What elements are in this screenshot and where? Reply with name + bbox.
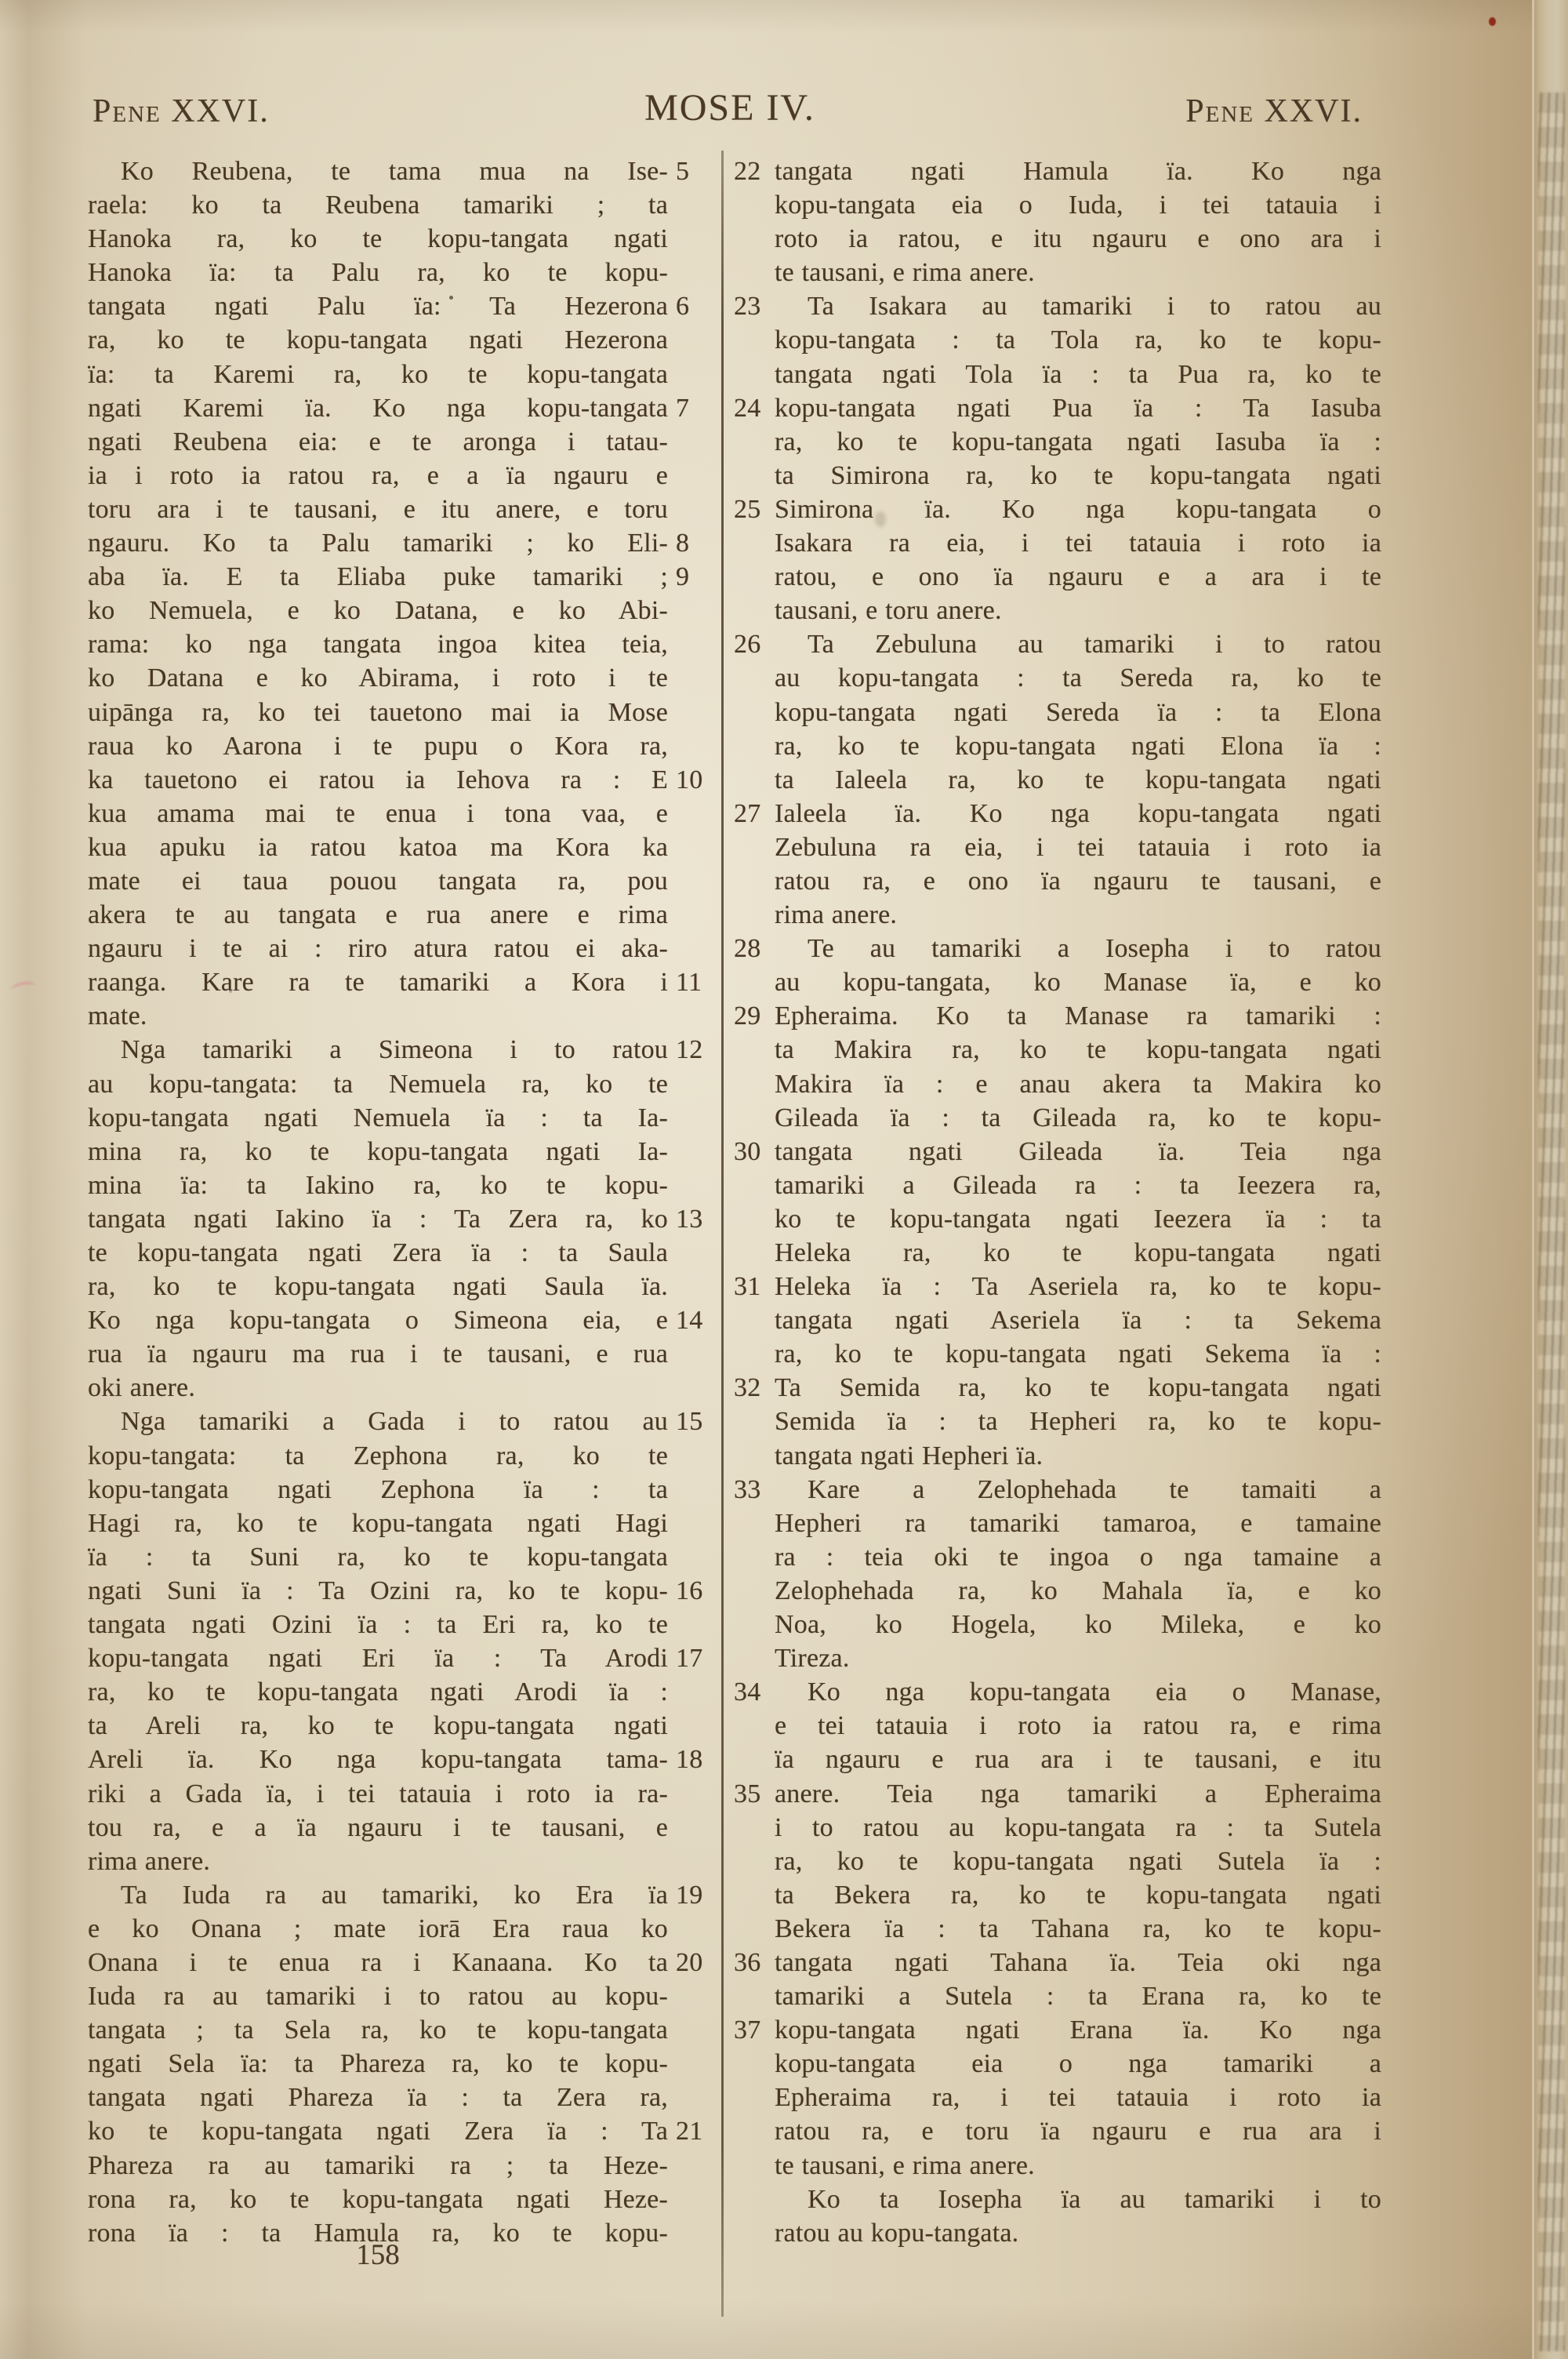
- text-line: mina ra, ko te kopu-tangata ngati Ia-: [88, 1135, 668, 1169]
- line-text: ïa ngauru e rua ara i te tausani, e itu: [775, 1745, 1381, 1774]
- line-text: Areli ïa. Ko nga kopu-tangata tama-: [88, 1745, 668, 1774]
- text-line: kopu-tangata: ta Zephona ra, ko te: [88, 1439, 668, 1473]
- column-divider-rule: [721, 151, 724, 2317]
- text-line: e tei tatauia i roto ia ratou ra, e rima: [775, 1709, 1381, 1743]
- text-line: Ta Zebuluna au tamariki i to ratou26: [775, 627, 1381, 661]
- line-text: roto ia ratou, e itu ngauru e ono ara i: [775, 224, 1381, 253]
- text-line: Simirona ïa. Ko nga kopu-tangata o25: [775, 493, 1381, 526]
- verse-number: 25: [734, 493, 768, 526]
- paper-smudge: [875, 511, 886, 527]
- line-text: ka tauetono ei ratou ia Iehova ra : E: [88, 765, 668, 794]
- line-text: kopu-tangata ngati Zephona ïa : ta: [88, 1475, 668, 1504]
- text-line: ra, ko te kopu-tangata ngati Arodi ïa :: [88, 1675, 668, 1709]
- line-text: kopu-tangata ngati Pua ïa : Ta Iasuba: [775, 394, 1381, 423]
- text-line: tangata ngati Hamula ïa. Ko nga22: [775, 154, 1381, 188]
- line-text: Epheraima. Ko ta Manase ra tamariki :: [775, 1001, 1381, 1030]
- text-line: ra, ko te kopu-tangata ngati Hezerona: [88, 323, 668, 357]
- text-line: te tausani, e rima anere.: [775, 256, 1381, 289]
- text-line: roto ia ratou, e itu ngauru e ono ara i: [775, 222, 1381, 256]
- line-text: rona ra, ko te kopu-tangata ngati Heze-: [88, 2185, 668, 2214]
- text-line: tangata ngati Iakino ïa : Ta Zera ra, ko…: [88, 1202, 668, 1236]
- page-number: 158: [88, 2238, 668, 2272]
- line-text: ta Areli ra, ko te kopu-tangata ngati: [88, 1711, 668, 1740]
- text-line: ratou ra, e toru ïa ngauru e rua ara i: [775, 2114, 1381, 2148]
- text-line: Nga tamariki a Gada i to ratou au15: [88, 1405, 668, 1438]
- text-line: Noa, ko Hogela, ko Mileka, e ko: [775, 1608, 1381, 1641]
- line-text: rua ïa ngauru ma rua i te tausani, e rua: [88, 1339, 668, 1369]
- verse-number: 29: [734, 999, 768, 1033]
- line-text: ngati Karemi ïa. Ko nga kopu-tangata: [88, 394, 668, 423]
- verse-number: 14: [676, 1303, 720, 1337]
- line-text: ngati Suni ïa : Ta Ozini ra, ko te kopu-: [88, 1576, 668, 1605]
- verse-number: 15: [676, 1405, 720, 1438]
- text-line: te tausani, e rima anere.: [775, 2149, 1381, 2183]
- verse-number: 28: [734, 932, 768, 965]
- text-line: Bekera ïa : ta Tahana ra, ko te kopu-: [775, 1912, 1381, 1946]
- line-text: Ko Reubena, te tama mua na Ise-: [121, 157, 668, 186]
- line-text: ko Datana e ko Abirama, i roto i te: [88, 663, 668, 692]
- line-text: ko te kopu-tangata ngati Ieezera ïa : ta: [775, 1205, 1381, 1234]
- text-line: kopu-tangata ngati Erana ïa. Ko nga37: [775, 2013, 1381, 2047]
- text-line: ngauru i te ai : riro atura ratou ei aka…: [88, 932, 668, 965]
- text-line: Te au tamariki a Iosepha i to ratou28: [775, 932, 1381, 965]
- verse-number: 23: [734, 289, 768, 323]
- verse-number: 6: [676, 289, 720, 323]
- verse-number: 24: [734, 391, 768, 425]
- line-text: mate.: [88, 1001, 147, 1030]
- text-line: tangata ngati Phareza ïa : ta Zera ra,: [88, 2081, 668, 2114]
- line-text: oki anere.: [88, 1373, 195, 1402]
- text-line: ngati Suni ïa : Ta Ozini ra, ko te kopu-…: [88, 1574, 668, 1608]
- line-text: au kopu-tangata: ta Nemuela ra, ko te: [88, 1070, 668, 1099]
- line-text: au kopu-tangata : ta Sereda ra, ko te: [775, 663, 1381, 692]
- text-line: ta Bekera ra, ko te kopu-tangata ngati: [775, 1878, 1381, 1912]
- text-line: ra, ko te kopu-tangata ngati Saula ïa.: [88, 1270, 668, 1303]
- text-line: ra : teia oki te ingoa o nga tamaine a: [775, 1540, 1381, 1574]
- text-line: kopu-tangata : ta Tola ra, ko te kopu-: [775, 323, 1381, 357]
- text-line: i to ratou au kopu-tangata ra : ta Sutel…: [775, 1811, 1381, 1845]
- scripture-column-left: Ko Reubena, te tama mua na Ise-5raela: k…: [88, 154, 668, 2250]
- line-text: ngati Sela ïa: ta Phareza ra, ko te kopu…: [88, 2049, 668, 2078]
- text-line: ratou, e ono ïa ngauru e a ara i te: [775, 560, 1381, 594]
- line-text: tangata ngati Hepheri ïa.: [775, 1441, 1043, 1470]
- line-text: ïa : ta Suni ra, ko te kopu-tangata: [88, 1543, 668, 1572]
- line-text: e tei tatauia i roto ia ratou ra, e rima: [775, 1711, 1381, 1740]
- red-ink-dot: [1489, 17, 1496, 26]
- line-text: aba ïa. E ta Eliaba puke tamariki ;: [88, 562, 668, 591]
- text-line: Hanoka ïa: ta Palu ra, ko te kopu-: [88, 256, 668, 289]
- text-line: tangata ngati Hepheri ïa.: [775, 1439, 1381, 1473]
- text-line: rima anere.: [88, 1845, 668, 1878]
- text-line: ïa: ta Karemi ra, ko te kopu-tangata: [88, 358, 668, 391]
- line-text: ta Bekera ra, ko te kopu-tangata ngati: [775, 1881, 1381, 1910]
- text-line: tamariki a Sutela : ta Erana ra, ko te: [775, 1979, 1381, 2013]
- line-text: ra, ko te kopu-tangata ngati Sutela ïa :: [775, 1847, 1381, 1876]
- text-line: Areli ïa. Ko nga kopu-tangata tama-18: [88, 1743, 668, 1776]
- line-text: Epheraima ra, i tei tatauia i roto ia: [775, 2083, 1381, 2112]
- text-line: Iuda ra au tamariki i to ratou au kopu-: [88, 1979, 668, 2013]
- line-text: kopu-tangata : ta Tola ra, ko te kopu-: [775, 325, 1381, 354]
- verse-number: 11: [676, 965, 720, 999]
- line-text: te tausani, e rima anere.: [775, 258, 1035, 287]
- line-text: ia i roto ia ratou ra, e a ïa ngauru e: [88, 461, 668, 490]
- line-text: Isakara ra eia, i tei tatauia i roto ia: [775, 529, 1381, 558]
- text-line: ko Nemuela, e ko Datana, e ko Abi-: [88, 594, 668, 627]
- line-text: Hanoka ra, ko te kopu-tangata ngati: [88, 224, 668, 253]
- text-line: ratou au kopu-tangata.: [775, 2216, 1381, 2250]
- verse-number: 12: [676, 1033, 720, 1067]
- text-line: kopu-tangata ngati Eri ïa : Ta Arodi17: [88, 1641, 668, 1675]
- text-line: tangata ngati Palu ïa: Ta Hezerona6: [88, 289, 668, 323]
- line-text: Nga tamariki a Gada i to ratou au: [121, 1407, 668, 1436]
- verse-number: 18: [676, 1743, 720, 1776]
- line-text: Heleka ra, ko te kopu-tangata ngati: [775, 1238, 1381, 1267]
- line-text: kua amama mai te enua i tona vaa, e: [88, 799, 668, 828]
- line-text: tangata ngati Palu ïa: Ta Hezerona: [88, 292, 668, 321]
- text-line: ka tauetono ei ratou ia Iehova ra : E10: [88, 763, 668, 797]
- text-line: Ta Semida ra, ko te kopu-tangata ngati32: [775, 1371, 1381, 1405]
- line-text: Ta Isakara au tamariki i to ratou au: [808, 292, 1381, 321]
- verse-number: 33: [734, 1473, 768, 1507]
- line-text: Phareza ra au tamariki ra ; ta Heze-: [88, 2151, 668, 2180]
- text-line: tou ra, e a ïa ngauru i te tausani, e: [88, 1811, 668, 1845]
- line-text: tangata ngati Phareza ïa : ta Zera ra,: [88, 2083, 668, 2112]
- verse-number: 31: [734, 1270, 768, 1303]
- verse-number: 34: [734, 1675, 768, 1709]
- scanned-book-page: Pene XXVI. MOSE IV. Pene XXVI. Ko Reuben…: [0, 0, 1568, 2359]
- verse-number: 19: [676, 1878, 720, 1912]
- line-text: ngauru i te ai : riro atura ratou ei aka…: [88, 934, 668, 963]
- text-line: uipānga ra, ko tei tauetono mai ia Mose: [88, 696, 668, 729]
- line-text: rama: ko nga tangata ingoa kitea teia,: [88, 630, 668, 659]
- line-text: ko te kopu-tangata ngati Zera ïa : Ta: [88, 2117, 668, 2146]
- line-text: kopu-tangata ngati Erana ïa. Ko nga: [775, 2016, 1381, 2045]
- line-text: anere. Teia nga tamariki a Epheraima: [775, 1779, 1381, 1808]
- text-line: kopu-tangata ngati Pua ïa : Ta Iasuba24: [775, 391, 1381, 425]
- line-text: Gileada ïa : ta Gileada ra, ko te kopu-: [775, 1103, 1381, 1132]
- text-line: Heleka ïa : Ta Aseriela ra, ko te kopu-3…: [775, 1270, 1381, 1303]
- line-text: Ko ta Iosepha ïa au tamariki i to: [808, 2185, 1381, 2214]
- line-text: tangata ngati Hamula ïa. Ko nga: [775, 157, 1381, 186]
- verse-number: 32: [734, 1371, 768, 1405]
- line-text: ratou au kopu-tangata.: [775, 2219, 1018, 2248]
- verse-number: 9: [676, 560, 720, 594]
- text-line: Zebuluna ra eia, i tei tatauia i roto ia: [775, 831, 1381, 864]
- line-text: riki a Gada ïa, i tei tatauia i roto ia …: [88, 1779, 668, 1808]
- text-line: Kare a Zelophehada te tamaiti a33: [775, 1473, 1381, 1507]
- text-line: te kopu-tangata ngati Zera ïa : ta Saula: [88, 1236, 668, 1270]
- text-line: ïa : ta Suni ra, ko te kopu-tangata: [88, 1540, 668, 1574]
- line-text: Zebuluna ra eia, i tei tatauia i roto ia: [775, 833, 1381, 862]
- line-text: kopu-tangata: ta Zephona ra, ko te: [88, 1441, 668, 1470]
- text-line: e ko Onana ; mate iorā Era raua ko: [88, 1912, 668, 1946]
- line-text: kopu-tangata ngati Nemuela ïa : ta Ia-: [88, 1103, 668, 1132]
- verse-number: 21: [676, 2114, 720, 2148]
- book-fore-edge: [1532, 0, 1568, 2359]
- text-line: Ta Iuda ra au tamariki, ko Era ïa19: [88, 1878, 668, 1912]
- scripture-column-right: tangata ngati Hamula ïa. Ko nga22kopu-ta…: [775, 154, 1381, 2250]
- line-text: ra, ko te kopu-tangata ngati Hezerona: [88, 325, 668, 354]
- line-text: Iuda ra au tamariki i to ratou au kopu-: [88, 1982, 668, 2011]
- text-line: tangata ; ta Sela ra, ko te kopu-tangata: [88, 2013, 668, 2047]
- text-line: Ta Isakara au tamariki i to ratou au23: [775, 289, 1381, 323]
- adjacent-page-print-fragments: [1538, 93, 1565, 2351]
- line-text: Nga tamariki a Simeona i to ratou: [121, 1035, 668, 1064]
- text-line: Hepheri ra tamariki tamaroa, e tamaine: [775, 1507, 1381, 1540]
- pink-pencil-mark: [10, 980, 37, 996]
- text-line: au kopu-tangata: ta Nemuela ra, ko te: [88, 1067, 668, 1101]
- line-text: Ko nga kopu-tangata o Simeona eia, e: [88, 1306, 668, 1335]
- text-line: Hanoka ra, ko te kopu-tangata ngati: [88, 222, 668, 256]
- text-line: Tireza.: [775, 1641, 1381, 1675]
- text-line: Ko Reubena, te tama mua na Ise-5: [88, 154, 668, 188]
- text-line: ra, ko te kopu-tangata ngati Elona ïa :: [775, 729, 1381, 763]
- line-text: Makira ïa : e anau akera ta Makira ko: [775, 1070, 1381, 1099]
- line-text: raanga. Kare ra te tamariki a Kora i: [88, 968, 668, 997]
- line-text: tamariki a Gileada ra : ta Ieezera ra,: [775, 1171, 1381, 1200]
- text-line: Ko ta Iosepha ïa au tamariki i to: [775, 2183, 1381, 2216]
- line-text: tangata ngati Gileada ïa. Teia nga: [775, 1137, 1381, 1166]
- text-line: ngati Reubena eia: e te aronga i tatau-: [88, 425, 668, 459]
- line-text: tausani, e toru anere.: [775, 596, 1002, 625]
- line-text: raua ko Aarona i te pupu o Kora ra,: [88, 732, 668, 761]
- verse-number: 8: [676, 526, 720, 560]
- text-line: raua ko Aarona i te pupu o Kora ra,: [88, 729, 668, 763]
- text-line: mate.: [88, 999, 668, 1033]
- text-line: au kopu-tangata, ko Manase ïa, e ko: [775, 965, 1381, 999]
- line-text: te tausani, e rima anere.: [775, 2151, 1035, 2180]
- line-text: i to ratou au kopu-tangata ra : ta Sutel…: [775, 1813, 1381, 1842]
- line-text: tamariki a Sutela : ta Erana ra, ko te: [775, 1982, 1381, 2011]
- line-text: Hanoka ïa: ta Palu ra, ko te kopu-: [88, 258, 668, 287]
- text-line: ko te kopu-tangata ngati Ieezera ïa : ta: [775, 1202, 1381, 1236]
- text-line: raanga. Kare ra te tamariki a Kora i11: [88, 965, 668, 999]
- text-line: Gileada ïa : ta Gileada ra, ko te kopu-: [775, 1101, 1381, 1135]
- text-line: Ialeela ïa. Ko nga kopu-tangata ngati27: [775, 797, 1381, 831]
- page-edge-highlight: [1532, 0, 1534, 2359]
- line-text: Ta Zebuluna au tamariki i to ratou: [808, 630, 1381, 659]
- text-line: Makira ïa : e anau akera ta Makira ko: [775, 1067, 1381, 1101]
- verse-number: 7: [676, 391, 720, 425]
- line-text: Heleka ïa : Ta Aseriela ra, ko te kopu-: [775, 1272, 1381, 1301]
- line-text: Te au tamariki a Iosepha i to ratou: [808, 934, 1381, 963]
- line-text: tangata ngati Tola ïa : ta Pua ra, ko te: [775, 360, 1381, 389]
- line-text: tou ra, e a ïa ngauru i te tausani, e: [88, 1813, 668, 1842]
- text-line: toru ara i te tausani, e itu anere, e to…: [88, 493, 668, 526]
- text-line: Isakara ra eia, i tei tatauia i roto ia: [775, 526, 1381, 560]
- text-line: ta Makira ra, ko te kopu-tangata ngati: [775, 1033, 1381, 1067]
- verse-number: 36: [734, 1946, 768, 1979]
- text-line: ïa ngauru e rua ara i te tausani, e itu: [775, 1743, 1381, 1776]
- verse-number: 10: [676, 763, 720, 797]
- line-text: ta Simirona ra, ko te kopu-tangata ngati: [775, 461, 1381, 490]
- text-line: anere. Teia nga tamariki a Epheraima35: [775, 1777, 1381, 1811]
- text-line: tamariki a Gileada ra : ta Ieezera ra,: [775, 1169, 1381, 1202]
- running-head-chapter-right: Pene XXVI.: [1185, 93, 1363, 130]
- line-text: ta Ialeela ra, ko te kopu-tangata ngati: [775, 765, 1381, 794]
- text-line: kopu-tangata ngati Sereda ïa : ta Elona: [775, 696, 1381, 729]
- text-line: kua amama mai te enua i tona vaa, e: [88, 797, 668, 831]
- verse-number: 27: [734, 797, 768, 831]
- text-line: Hagi ra, ko te kopu-tangata ngati Hagi: [88, 1507, 668, 1540]
- line-text: ra, ko te kopu-tangata ngati Elona ïa :: [775, 732, 1381, 761]
- text-line: oki anere.: [88, 1371, 668, 1405]
- line-text: mina ïa: ta Iakino ra, ko te kopu-: [88, 1171, 668, 1200]
- text-line: tangata ngati Tahana ïa. Teia oki nga36: [775, 1946, 1381, 1979]
- line-text: Simirona ïa. Ko nga kopu-tangata o: [775, 495, 1381, 524]
- line-text: Kare a Zelophehada te tamaiti a: [808, 1475, 1381, 1504]
- line-text: kopu-tangata eia o nga tamariki a: [775, 2049, 1381, 2078]
- text-line: ra, ko te kopu-tangata ngati Sutela ïa :: [775, 1845, 1381, 1878]
- line-text: ratou ra, e ono ïa ngauru te tausani, e: [775, 867, 1381, 896]
- text-line: Epheraima ra, i tei tatauia i roto ia: [775, 2081, 1381, 2114]
- verse-number: 37: [734, 2013, 768, 2047]
- line-text: Tireza.: [775, 1644, 850, 1673]
- text-line: ra, ko te kopu-tangata ngati Iasuba ïa :: [775, 425, 1381, 459]
- text-line: Zelophehada ra, ko Mahala ïa, e ko: [775, 1574, 1381, 1608]
- text-line: kopu-tangata ngati Nemuela ïa : ta Ia-: [88, 1101, 668, 1135]
- text-line: mina ïa: ta Iakino ra, ko te kopu-: [88, 1169, 668, 1202]
- line-text: toru ara i te tausani, e itu anere, e to…: [88, 495, 668, 524]
- verse-number: 13: [676, 1202, 720, 1236]
- line-text: Ta Semida ra, ko te kopu-tangata ngati: [775, 1373, 1381, 1402]
- line-text: ratou, e ono ïa ngauru e a ara i te: [775, 562, 1381, 591]
- line-text: mina ra, ko te kopu-tangata ngati Ia-: [88, 1137, 668, 1166]
- line-text: kopu-tangata ngati Sereda ïa : ta Elona: [775, 698, 1381, 727]
- text-line: mate ei taua pouou tangata ra, pou: [88, 864, 668, 898]
- line-text: ra, ko te kopu-tangata ngati Saula ïa.: [88, 1272, 668, 1301]
- line-text: kua apuku ia ratou katoa ma Kora ka: [88, 833, 668, 862]
- line-text: tangata ngati Aseriela ïa : ta Sekema: [775, 1306, 1381, 1335]
- text-line: ngauru. Ko ta Palu tamariki ; ko Eli-8: [88, 526, 668, 560]
- text-line: ta Ialeela ra, ko te kopu-tangata ngati: [775, 763, 1381, 797]
- text-line: Nga tamariki a Simeona i to ratou12: [88, 1033, 668, 1067]
- line-text: Ta Iuda ra au tamariki, ko Era ïa: [121, 1881, 668, 1910]
- line-text: uipānga ra, ko tei tauetono mai ia Mose: [88, 698, 668, 727]
- text-line: Ko nga kopu-tangata eia o Manase,34: [775, 1675, 1381, 1709]
- text-line: ratou ra, e ono ïa ngauru te tausani, e: [775, 864, 1381, 898]
- text-line: au kopu-tangata : ta Sereda ra, ko te: [775, 661, 1381, 695]
- text-line: tangata ngati Gileada ïa. Teia nga30: [775, 1135, 1381, 1169]
- text-line: Semida ïa : ta Hepheri ra, ko te kopu-: [775, 1405, 1381, 1438]
- line-text: raela: ko ta Reubena tamariki ; ta: [88, 191, 668, 220]
- line-text: rima anere.: [775, 900, 897, 929]
- paper-speck: [449, 296, 453, 300]
- text-line: ko Datana e ko Abirama, i roto i te: [88, 661, 668, 695]
- line-text: Zelophehada ra, ko Mahala ïa, e ko: [775, 1576, 1381, 1605]
- line-text: ta Makira ra, ko te kopu-tangata ngati: [775, 1035, 1381, 1064]
- line-text: Noa, ko Hogela, ko Mileka, e ko: [775, 1610, 1381, 1639]
- line-text: kopu-tangata ngati Eri ïa : Ta Arodi: [88, 1644, 668, 1673]
- line-text: tangata ; ta Sela ra, ko te kopu-tangata: [88, 2016, 668, 2045]
- line-text: mate ei taua pouou tangata ra, pou: [88, 867, 668, 896]
- text-line: Onana i te enua ra i Kanaana. Ko ta20: [88, 1946, 668, 1979]
- text-line: rua ïa ngauru ma rua i te tausani, e rua: [88, 1337, 668, 1371]
- text-line: ta Simirona ra, ko te kopu-tangata ngati: [775, 459, 1381, 493]
- text-line: kopu-tangata eia o Iuda, i tei tatauia i: [775, 188, 1381, 222]
- line-text: ïa: ta Karemi ra, ko te kopu-tangata: [88, 360, 668, 389]
- line-text: tangata ngati Tahana ïa. Teia oki nga: [775, 1948, 1381, 1977]
- text-line: ngati Sela ïa: ta Phareza ra, ko te kopu…: [88, 2047, 668, 2081]
- line-text: au kopu-tangata, ko Manase ïa, e ko: [775, 968, 1381, 997]
- text-line: Phareza ra au tamariki ra ; ta Heze-: [88, 2149, 668, 2183]
- line-text: tangata ngati Ozini ïa : ta Eri ra, ko t…: [88, 1610, 668, 1639]
- text-line: riki a Gada ïa, i tei tatauia i roto ia …: [88, 1777, 668, 1811]
- line-text: ngauru. Ko ta Palu tamariki ; ko Eli-: [88, 529, 668, 558]
- line-text: ra, ko te kopu-tangata ngati Sekema ïa :: [775, 1339, 1381, 1369]
- text-line: kua apuku ia ratou katoa ma Kora ka: [88, 831, 668, 864]
- line-text: rima anere.: [88, 1847, 210, 1876]
- line-text: Bekera ïa : ta Tahana ra, ko te kopu-: [775, 1914, 1381, 1943]
- line-text: akera te au tangata e rua anere e rima: [88, 900, 668, 929]
- line-text: Ialeela ïa. Ko nga kopu-tangata ngati: [775, 799, 1381, 828]
- text-line: aba ïa. E ta Eliaba puke tamariki ;9: [88, 560, 668, 594]
- verse-number: 26: [734, 627, 768, 661]
- text-line: tausani, e toru anere.: [775, 594, 1381, 627]
- line-text: ngati Reubena eia: e te aronga i tatau-: [88, 427, 668, 456]
- line-text: ratou ra, e toru ïa ngauru e rua ara i: [775, 2117, 1381, 2146]
- text-line: tangata ngati Ozini ïa : ta Eri ra, ko t…: [88, 1608, 668, 1641]
- text-line: tangata ngati Tola ïa : ta Pua ra, ko te: [775, 358, 1381, 391]
- line-text: ra : teia oki te ingoa o nga tamaine a: [775, 1543, 1381, 1572]
- text-line: raela: ko ta Reubena tamariki ; ta: [88, 188, 668, 222]
- line-text: kopu-tangata eia o Iuda, i tei tatauia i: [775, 191, 1381, 220]
- verse-number: 16: [676, 1574, 720, 1608]
- text-line: akera te au tangata e rua anere e rima: [88, 898, 668, 932]
- line-text: ra, ko te kopu-tangata ngati Arodi ïa :: [88, 1677, 668, 1707]
- verse-number: 20: [676, 1946, 720, 1979]
- line-text: Ko nga kopu-tangata eia o Manase,: [808, 1677, 1381, 1707]
- line-text: tangata ngati Iakino ïa : Ta Zera ra, ko: [88, 1205, 668, 1234]
- text-line: ra, ko te kopu-tangata ngati Sekema ïa :: [775, 1337, 1381, 1371]
- verse-number: 22: [734, 154, 768, 188]
- verse-number: 5: [676, 154, 720, 188]
- text-line: rima anere.: [775, 898, 1381, 932]
- text-line: kopu-tangata eia o nga tamariki a: [775, 2047, 1381, 2081]
- line-text: te kopu-tangata ngati Zera ïa : ta Saula: [88, 1238, 668, 1267]
- line-text: e ko Onana ; mate iorā Era raua ko: [88, 1914, 668, 1943]
- text-line: rama: ko nga tangata ingoa kitea teia,: [88, 627, 668, 661]
- line-text: Hagi ra, ko te kopu-tangata ngati Hagi: [88, 1509, 668, 1538]
- text-line: tangata ngati Aseriela ïa : ta Sekema: [775, 1303, 1381, 1337]
- line-text: Semida ïa : ta Hepheri ra, ko te kopu-: [775, 1407, 1381, 1436]
- line-text: ko Nemuela, e ko Datana, e ko Abi-: [88, 596, 668, 625]
- text-line: Heleka ra, ko te kopu-tangata ngati: [775, 1236, 1381, 1270]
- line-text: Onana i te enua ra i Kanaana. Ko ta: [88, 1948, 668, 1977]
- verse-number: 35: [734, 1777, 768, 1811]
- verse-number: 30: [734, 1135, 768, 1169]
- text-line: ko te kopu-tangata ngati Zera ïa : Ta21: [88, 2114, 668, 2148]
- text-line: kopu-tangata ngati Zephona ïa : ta: [88, 1473, 668, 1507]
- line-text: ra, ko te kopu-tangata ngati Iasuba ïa :: [775, 427, 1381, 456]
- text-line: rona ra, ko te kopu-tangata ngati Heze-: [88, 2183, 668, 2216]
- text-line: ta Areli ra, ko te kopu-tangata ngati: [88, 1709, 668, 1743]
- text-line: Epheraima. Ko ta Manase ra tamariki :29: [775, 999, 1381, 1033]
- line-text: Hepheri ra tamariki tamaroa, e tamaine: [775, 1509, 1381, 1538]
- text-line: ngati Karemi ïa. Ko nga kopu-tangata7: [88, 391, 668, 425]
- verse-number: 17: [676, 1641, 720, 1675]
- paper-speck: [229, 990, 232, 993]
- text-line: Ko nga kopu-tangata o Simeona eia, e14: [88, 1303, 668, 1337]
- text-line: ia i roto ia ratou ra, e a ïa ngauru e: [88, 459, 668, 493]
